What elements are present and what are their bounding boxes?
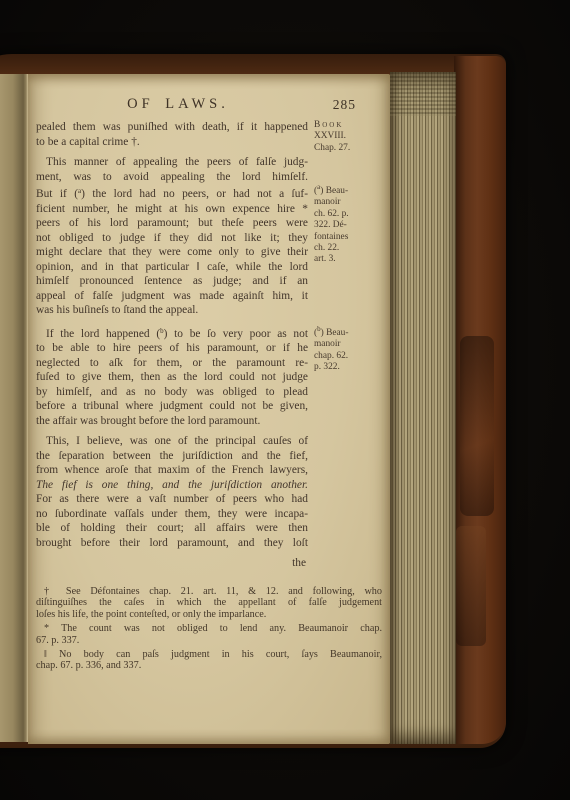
paragraph: If the lord happened (b) to be ſo very p…: [36, 324, 308, 429]
text-line: brought before their lord paramount, and…: [36, 536, 308, 551]
text-line: from whence aroſe that maxim of the Fren…: [36, 463, 308, 478]
margin-note-line: manoir: [314, 197, 384, 208]
margin-note-line: Chap. 27.: [314, 143, 384, 154]
fore-edge-page-stack: [390, 72, 456, 744]
text-line: to be a capital crime †.: [36, 135, 308, 150]
book-leather-cover: [454, 56, 506, 744]
text-line: to be able to hire peers of his paramoun…: [36, 341, 308, 356]
margin-note-line: (b) Beau-: [314, 324, 384, 339]
running-title: OF LAWS.: [68, 96, 288, 113]
margin-note-line: fontaines: [314, 232, 384, 243]
text-line: might declare that they were come only t…: [36, 245, 308, 260]
text-line: This, I believe, was one of the principa…: [36, 434, 308, 449]
catchword: the: [36, 556, 308, 571]
page-number: 285: [333, 97, 356, 113]
text-line: For as there were a vaſt number of peers…: [36, 492, 308, 507]
footnote: * The count was not obliged to lend any.…: [36, 623, 382, 646]
margin-note: (a) Beau-manoirch. 62. p.322. Dé-fontain…: [314, 182, 384, 266]
footnote-line: loſes his life, the point conteſted, or …: [36, 609, 382, 620]
margin-note: (b) Beau-manoirchap. 62.p. 322.: [314, 324, 384, 374]
text-line: was his buſineſs to ſtand the appeal.: [36, 303, 308, 318]
text-line: But if (a) the lord had no peers, or had…: [36, 184, 308, 202]
photo-background: ayhſen.reu-nyed ute-iſen-avendord g-tyap…: [0, 0, 570, 800]
footnote: ‖ No body can paſs judgment in his court…: [36, 649, 382, 672]
book-page: OF LAWS. 285 pealed them was puniſhed wi…: [28, 74, 390, 744]
footnote-line: diſtinguiſhes the caſes in which the app…: [36, 597, 382, 608]
text-line: not obliged to judge if they did not lik…: [36, 231, 308, 246]
footnotes: † See Défontaines chap. 21. art. 11, & 1…: [36, 586, 382, 675]
footnote-line: † See Défontaines chap. 21. art. 11, & 1…: [36, 586, 382, 597]
text-line: appeal of falſe judgment was made againſ…: [36, 289, 308, 304]
margin-note-line: ch. 62. p.: [314, 209, 384, 220]
text-line: ble of holding their court; all affairs …: [36, 521, 308, 536]
text-line: If the lord happened (b) to be ſo very p…: [36, 324, 308, 342]
text-line: by himſelf, and as no body was obliged t…: [36, 385, 308, 400]
book: ayhſen.reu-nyed ute-iſen-avendord g-tyap…: [0, 54, 506, 748]
footnote: † See Défontaines chap. 21. art. 11, & 1…: [36, 586, 382, 620]
text-line: neglected to aſk for them, or the paramo…: [36, 356, 308, 371]
text-line: opinion, and in that particular ‖ caſe, …: [36, 260, 308, 275]
margin-note-line: manoir: [314, 339, 384, 350]
footnote-line: ‖ No body can paſs judgment in his court…: [36, 649, 382, 660]
footnote-line: * The count was not obliged to lend any.…: [36, 623, 382, 634]
body-text: pealed them was puniſhed with death, if …: [36, 120, 308, 571]
paragraph: This manner of appealing the peers of fa…: [36, 155, 308, 318]
text-line: ficient number, he might at his own expe…: [36, 202, 308, 217]
paragraph: pealed them was puniſhed with death, if …: [36, 120, 308, 149]
margin-note-line: ch. 22.: [314, 243, 384, 254]
facing-page-sliver: ayhſen.reu-nyed ute-iſen-avendord g-tyap…: [0, 74, 28, 742]
margin-note-line: Book: [314, 120, 384, 131]
text-line: the ſeparation between the juriſdiction …: [36, 449, 308, 464]
text-line: The fief is one thing, and the juriſdict…: [36, 478, 308, 493]
margin-note-line: p. 322.: [314, 362, 384, 373]
margin-note-line: (a) Beau-: [314, 182, 384, 197]
footnote-line: 67. p. 337.: [36, 635, 382, 646]
margin-note-line: art. 3.: [314, 254, 384, 265]
paragraph: This, I believe, was one of the principa…: [36, 434, 308, 550]
text-line: This manner of appealing the peers of fa…: [36, 155, 308, 170]
footnote-line: chap. 67. p. 336, and 337.: [36, 660, 382, 671]
margin-note-line: XXVIII.: [314, 131, 384, 142]
text-line: ment, was to avoid appealing the lord hi…: [36, 170, 308, 185]
fore-edge-top-cap: [390, 72, 456, 116]
text-line: before a tribunal where judgment could n…: [36, 399, 308, 414]
leather-wear-patch: [460, 336, 494, 516]
text-line: peers of his lord paramount; but theſe p…: [36, 216, 308, 231]
margin-note: BookXXVIII.Chap. 27.: [314, 120, 384, 154]
text-line: the affair was brought before the lord p…: [36, 414, 308, 429]
margin-note-line: 322. Dé-: [314, 220, 384, 231]
margin-note-line: chap. 62.: [314, 351, 384, 362]
text-line: no ſubordinate vaſſals under them, they …: [36, 507, 308, 522]
text-line: himſelf pronounced ſentence as judge; an…: [36, 274, 308, 289]
page-content: OF LAWS. 285 pealed them was puniſhed wi…: [28, 74, 390, 744]
text-line: fuſed to give them, then as the lord cou…: [36, 370, 308, 385]
text-line: pealed them was puniſhed with death, if …: [36, 120, 308, 135]
leather-wear-patch: [456, 526, 486, 646]
